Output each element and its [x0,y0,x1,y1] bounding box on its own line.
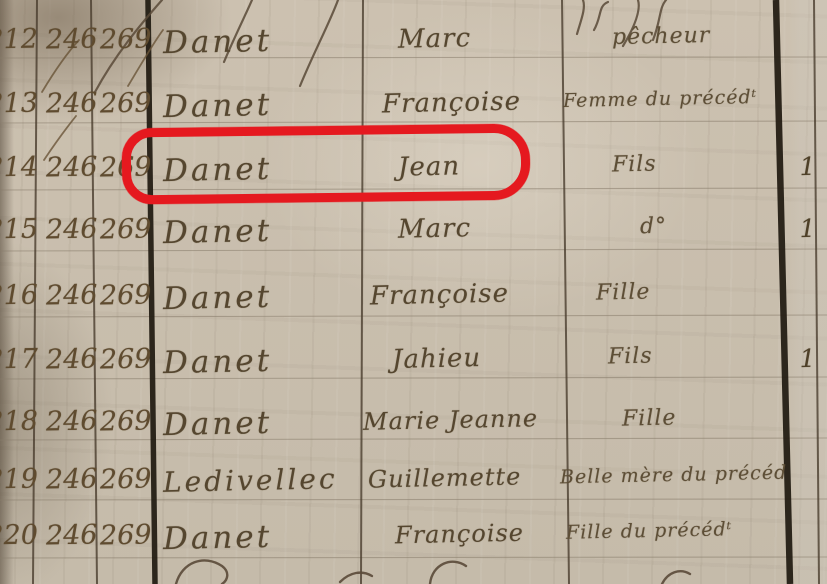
ref-number-a: 246 [46,151,97,183]
entry-number: 218 [0,405,38,437]
register-photo: 212 246 269 Danet Marc pêcheur 213 246 2… [0,0,827,584]
ref-number-a: 246 [46,405,97,437]
ref-number-a: 246 [46,87,97,119]
ref-number-b: 269 [100,519,151,551]
status: Fils [608,344,653,370]
surname: Danet [163,405,273,443]
surname: Danet [163,213,273,251]
given-name: Françoise [395,519,525,550]
entry-number: 219 [0,463,38,495]
ref-number-a: 246 [46,23,97,55]
tally-mark: 1 [794,152,823,182]
status: Fille [622,405,677,431]
register-row: 219 246 269 Ledivellec Guillemette Belle… [0,464,827,508]
surname: Ledivellec [163,462,338,499]
given-name: Françoise [370,279,510,312]
ref-number-b: 269 [100,279,151,311]
status: Femme du précédᵗ [563,86,758,112]
entry-number: 216 [0,279,38,311]
surname: Danet [163,279,273,317]
given-name: Marie Jeanne [363,404,539,436]
ref-number-b: 269 [100,213,151,245]
status: Belle mère du précéd [560,462,788,489]
status: pêcheur [612,23,711,50]
ref-number-a: 246 [46,213,97,245]
ref-number-b: 269 [100,87,151,119]
register-row: 216 246 269 Danet Françoise Fille [0,280,827,324]
entry-number: 215 [0,213,38,245]
entry-number: 217 [0,343,38,375]
tally-mark [794,520,822,521]
highlight-annotation [122,124,531,205]
surname: Danet [163,87,273,125]
ref-number-b: 269 [100,23,151,55]
entry-number: 220 [0,519,38,551]
ref-number-b: 269 [100,343,151,375]
tally-mark: 1 [794,344,823,374]
entry-number: 212 [0,23,38,55]
tally-mark [794,24,822,25]
given-name: Françoise [382,87,522,120]
status: d° [640,214,668,240]
entry-number: 213 [0,87,38,119]
register-row: 217 246 269 Danet Jahieu Fils 1 [0,344,827,388]
given-name: Marc [398,213,472,245]
ref-number-b: 269 [100,463,151,495]
surname: Danet [163,23,273,61]
tally-mark [794,406,822,407]
status: Fille du précédᵗ [566,518,733,543]
register-row: 218 246 269 Danet Marie Jeanne Fille [0,406,827,450]
register-row: 220 246 269 Danet Françoise Fille du pré… [0,520,827,564]
entry-number: 214 [0,151,38,183]
tally-mark [794,88,822,89]
register-row: 212 246 269 Danet Marc pêcheur [0,24,827,68]
status: Fille [596,279,651,305]
ref-number-a: 246 [46,279,97,311]
ref-number-b: 269 [100,405,151,437]
ref-number-a: 246 [46,519,97,551]
given-name: Marc [398,23,472,55]
given-name: Jahieu [392,343,482,375]
ref-number-a: 246 [46,463,97,495]
given-name: Guillemette [368,462,522,493]
surname: Danet [163,519,273,557]
tally-mark: 1 [794,214,823,244]
status: Fils [612,152,657,178]
ref-number-a: 246 [46,343,97,375]
surname: Danet [163,343,273,381]
register-row: 215 246 269 Danet Marc d° 1 [0,214,827,258]
tally-mark [794,464,822,465]
tally-mark [794,280,822,281]
